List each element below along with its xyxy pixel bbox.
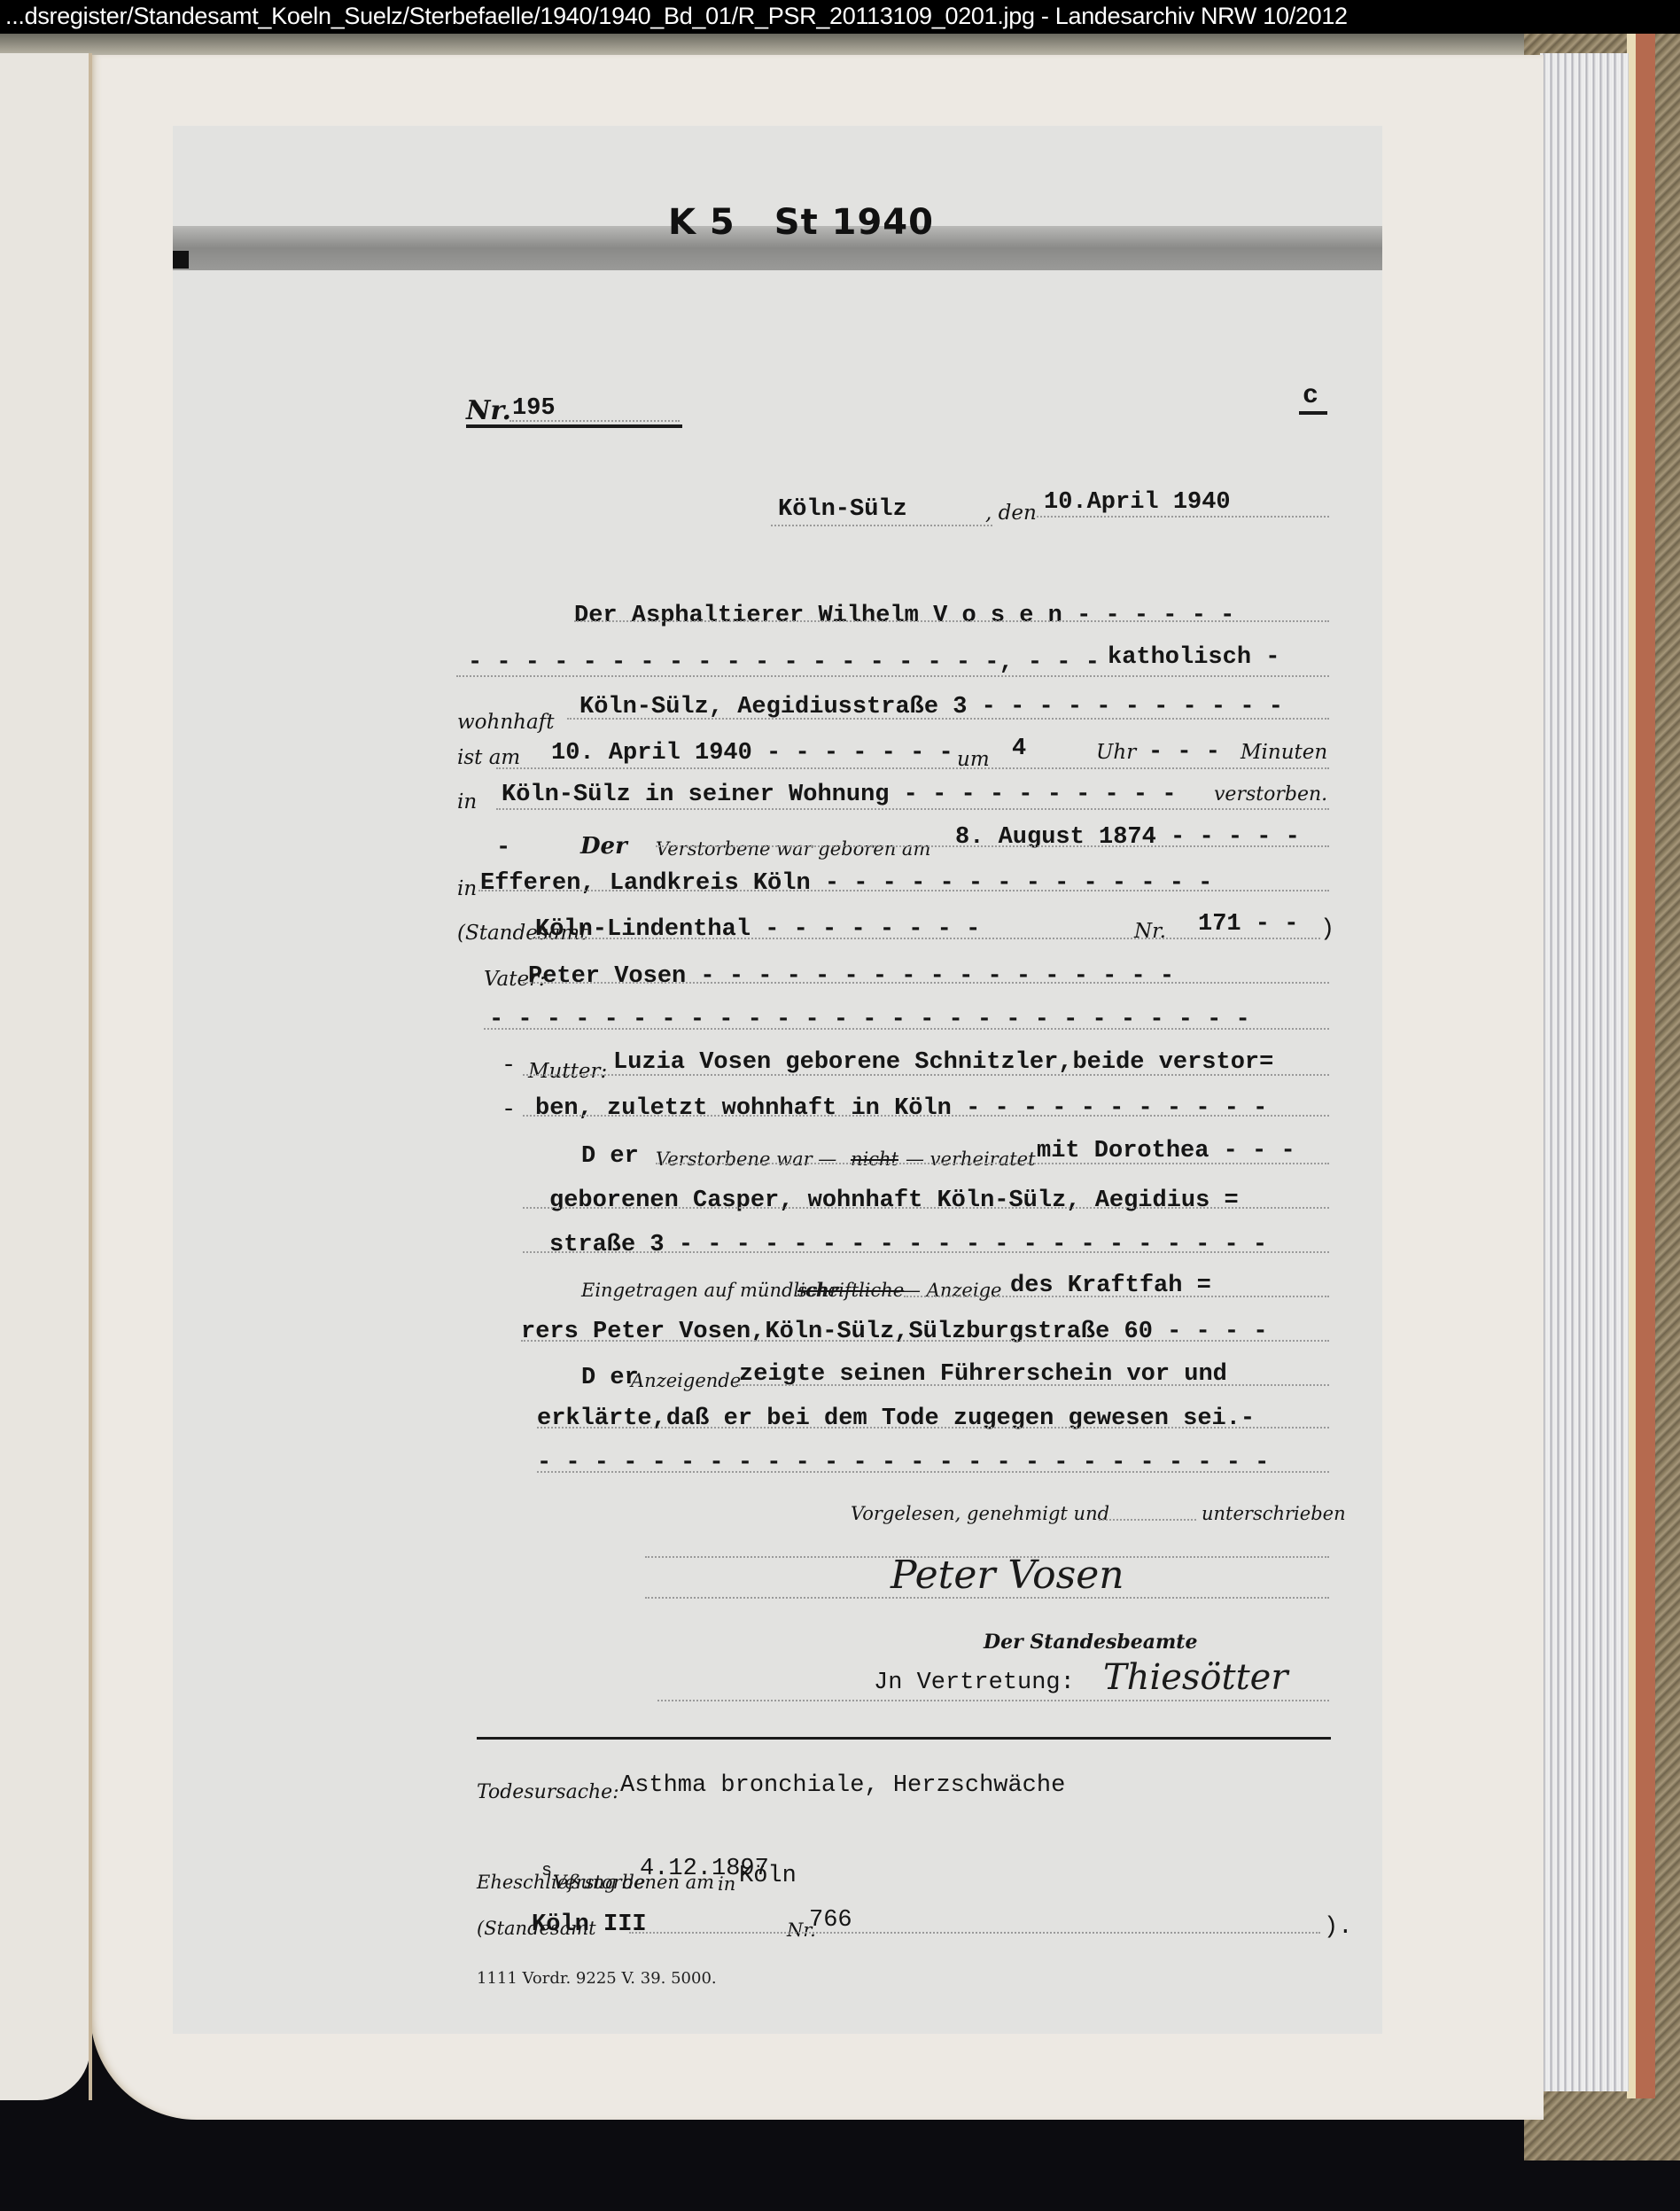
married-label2: — verheiratet [906, 1148, 1036, 1170]
dotted-line [456, 675, 1329, 677]
record-date: 10.April 1940 [1044, 489, 1231, 516]
marriage-close-paren: ). [1324, 1914, 1352, 1941]
book-gutter [89, 53, 92, 2100]
minuten-label: Minuten [1241, 741, 1327, 764]
married-label: Verstorbene war — [656, 1148, 836, 1170]
official-signature: Thiesötter [1103, 1657, 1287, 1698]
record-letter-underline [1299, 411, 1327, 415]
mother-line2: ben, zuletzt wohnhaft in Köln - - - - - … [535, 1095, 1267, 1122]
cause-of-death: Asthma bronchiale, Herzschwäche [620, 1772, 1065, 1799]
unterschrieben-label: unterschrieben [1202, 1503, 1346, 1524]
eheschliessung-suffix: s [541, 1861, 552, 1881]
marriage-nr: 766 [809, 1907, 852, 1934]
dotted-line [904, 1296, 1329, 1297]
spouse-line2: geborenen Casper, wohnhaft Köln-Sülz, Ae… [549, 1187, 1239, 1214]
archive-stamp: K 5St 1940 [668, 202, 973, 243]
record-place: Köln-Sülz [778, 496, 907, 523]
ist-am-label: ist am [457, 746, 520, 769]
dotted-line [523, 1251, 1329, 1253]
dotted-line [735, 1384, 1329, 1386]
dotted-line [532, 938, 1320, 939]
margin-dash: - [496, 835, 510, 861]
birth-place: Efferen, Landkreis Köln - - - - - - - - … [480, 870, 1212, 897]
record-nr-underline [466, 424, 682, 428]
marriage-place: Köln [739, 1863, 797, 1889]
book-cover-edge [1636, 34, 1655, 2098]
copy-edge-mark [173, 251, 189, 269]
margin-dash: - [502, 1053, 516, 1079]
vorgelesen-label: Vorgelesen, genehmigt und [851, 1503, 1109, 1524]
death-hour: 4 [1012, 736, 1026, 762]
dotted-line [478, 890, 1329, 891]
todesursache-label: Todesursache: [477, 1781, 619, 1803]
married-struck-word: nicht [851, 1148, 898, 1170]
dotted-line [484, 1028, 1329, 1030]
dotted-line [656, 845, 1329, 847]
dotted-line [629, 1932, 1320, 1934]
mutter-label: Mutter: [528, 1060, 607, 1083]
dotted-line [1099, 1519, 1196, 1521]
marriage-office: Köln III [532, 1911, 647, 1938]
marriage-in-label: in [718, 1873, 735, 1895]
stamp-volume: K 5 [668, 202, 735, 243]
dotted-line [645, 1597, 1329, 1599]
eingetragen-struck-word: schriftliche [797, 1280, 904, 1301]
dotted-line [1037, 516, 1329, 518]
dotted-line [523, 1074, 1329, 1076]
verstorben-label: verstorben. [1214, 783, 1327, 806]
dotted-line [567, 718, 1329, 720]
deceased-name-line: Der Asphaltierer Wilhelm V o s e n - - -… [574, 603, 1234, 629]
uhr-label: Uhr [1096, 741, 1136, 764]
margin-dash: - [502, 1097, 516, 1124]
record-nr-label: Nr. [466, 395, 511, 426]
page-stack-edges [1540, 53, 1629, 2091]
dotted-line [656, 1163, 1329, 1164]
window-title: ...dsregister/Standesamt_Koeln_Suelz/Ste… [0, 0, 1680, 34]
mother: Luzia Vosen geborene Schnitzler,beide ve… [613, 1049, 1273, 1076]
dotted-line [523, 1207, 1329, 1209]
vertretung-label: Jn Vertretung: [874, 1670, 1075, 1696]
residence: Köln-Sülz, Aegidiusstraße 3 - - - - - - … [579, 694, 1283, 720]
married-prefix: D er [581, 1143, 639, 1170]
dotted-line [574, 620, 1329, 622]
spouse-line3: straße 3 - - - - - - - - - - - - - - - -… [549, 1232, 1267, 1258]
dotted-line [537, 1427, 1329, 1429]
form-number: 1111 Vordr. 9225 V. 39. 5000. [477, 1969, 717, 1988]
dotted-line [496, 808, 1329, 810]
standesbeamte-label: Der Standesbeamte [984, 1631, 1197, 1654]
dotted-line [771, 525, 992, 526]
born-label: Verstorbene war geboren am [656, 838, 930, 860]
dotted-line [537, 1471, 1329, 1473]
anzeige-label: — Anzeige [902, 1280, 1001, 1301]
dotted-line [496, 767, 1329, 769]
dotted-line [521, 1340, 1329, 1342]
dash-filler: - - - - - - - - - - - - - - - - - - -, -… [468, 650, 1100, 676]
informant-signature: Peter Vosen [891, 1553, 1124, 1598]
birth-nr-label: Nr. [1134, 920, 1166, 943]
previous-page [0, 53, 90, 2100]
religion: katholisch - [1108, 644, 1279, 671]
dotted-line [509, 420, 680, 422]
section-divider [477, 1737, 1331, 1740]
birth-in-label: in [457, 877, 477, 900]
father: Peter Vosen - - - - - - - - - - - - - - … [528, 963, 1174, 990]
anzeigende-label: Anzeigende [631, 1370, 741, 1391]
dotted-line [523, 1115, 1329, 1117]
record-nr: 195 [512, 395, 556, 422]
close-paren: ) [1320, 916, 1334, 943]
death-place: Köln-Sülz in seiner Wohnung - - - - - - … [502, 782, 1177, 808]
death-record-photocopy [173, 126, 1382, 2034]
wohnhaft-label: wohnhaft [457, 711, 554, 734]
dotted-line [657, 1700, 1329, 1701]
death-date: 10. April 1940 - - - - - - - [551, 740, 953, 767]
born-prefix: Der [580, 833, 627, 860]
record-letter: c [1303, 381, 1318, 411]
birth-nr: 171 - - [1198, 911, 1298, 938]
in-label: in [457, 790, 477, 814]
minutes-dashes: - - - [1148, 739, 1220, 766]
spouse: mit Dorothea - - - [1037, 1138, 1295, 1164]
dotted-line [523, 982, 1329, 984]
den-label: , den [985, 502, 1037, 525]
stamp-year: St 1940 [774, 202, 934, 243]
